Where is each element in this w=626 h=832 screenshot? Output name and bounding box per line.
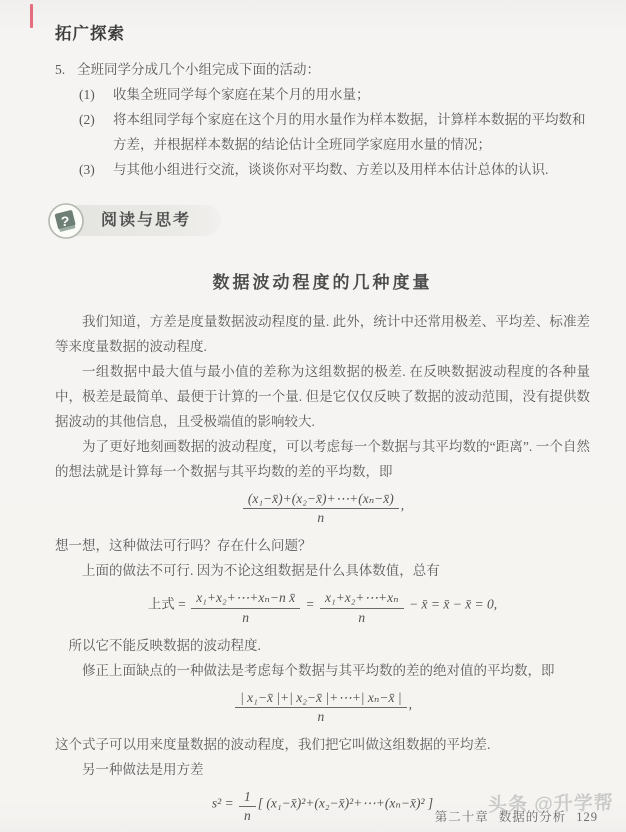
fraction: x₁+x₂+⋯+xₙ−n x̄n	[189, 590, 302, 625]
paragraph-question: 想一想，这种做法可行吗？存在什么问题？	[55, 533, 590, 558]
red-margin-mark	[30, 4, 33, 28]
paragraph: 所以它不能反映数据的波动程度.	[55, 633, 590, 658]
book-question-icon: ?	[47, 202, 85, 240]
footer-page-number: 129	[576, 810, 598, 824]
list-item: (1) 收集全班同学每个家庭在某个月的用水量；	[79, 82, 590, 107]
list-item-label: (3)	[79, 157, 113, 182]
exercise-intro: 全班同学分成几个小组完成下面的活动：	[77, 57, 320, 82]
footer-section: 数据的分析	[499, 810, 567, 824]
fraction: (x₁−x̄)+(x₂−x̄)+⋯+(xₙ−x̄)n	[241, 491, 401, 526]
section-heading: 拓广探索	[55, 20, 590, 44]
paragraph: 修正上面缺点的一种做法是考虑每个数据与其平均数的差的绝对值的平均数，即	[55, 658, 590, 683]
paragraph: 为了更好地刻画数据的波动程度，可以考虑每一个数据与其平均数的“距离”. 一个自然…	[55, 434, 590, 484]
page-content: 拓广探索 5. 全班同学分成几个小组完成下面的活动： (1) 收集全班同学每个家…	[0, 0, 626, 825]
exercise-block: 5. 全班同学分成几个小组完成下面的活动： (1) 收集全班同学每个家庭在某个月…	[55, 57, 590, 182]
formula-mean-of-deviations: (x₁−x̄)+(x₂−x̄)+⋯+(xₙ−x̄)n,	[55, 491, 590, 526]
formula-mean-absolute-deviation: | x₁−x̄ |+| x₂−x̄ |+⋯+| xₙ−x̄ |n,	[55, 690, 590, 725]
paragraph: 我们知道，方差是度量数据波动程度的量. 此外，统计中还常用极差、平均差、标准差等…	[55, 309, 590, 359]
list-item-label: (1)	[79, 82, 113, 107]
list-item-text: 收集全班同学每个家庭在某个月的用水量；	[113, 82, 590, 107]
reading-think-badge: 阅读与思考 ?	[55, 202, 590, 240]
paragraph: 一组数据中最大值与最小值的差称为这组数据的极差. 在反映数据波动程度的各种量中，…	[55, 359, 590, 434]
article-title: 数据波动程度的几种度量	[55, 268, 590, 293]
page-footer: 第二十章数据的分析129	[435, 807, 598, 825]
list-item-text: 将本组同学每个家庭在这个月的用水量作为样本数据，计算样本数据的平均数和方差，并根…	[113, 107, 590, 157]
formula-sum-equals-zero: 上式 = x₁+x₂+⋯+xₙ−n x̄n = x₁+x₂+⋯+xₙn − x̄…	[55, 590, 590, 625]
paragraph: 另一种做法是用方差	[55, 757, 590, 782]
svg-text:?: ?	[61, 213, 70, 229]
exercise-subitems: (1) 收集全班同学每个家庭在某个月的用水量； (2) 将本组同学每个家庭在这个…	[55, 82, 590, 182]
list-item-label: (2)	[79, 107, 113, 157]
paragraph: 上面的做法不可行. 因为不论这组数据是什么具体数值，总有	[55, 558, 590, 583]
exercise-item-5: 5. 全班同学分成几个小组完成下面的活动：	[55, 57, 590, 82]
exercise-number: 5.	[55, 57, 77, 82]
list-item: (3) 与其他小组进行交流，谈谈你对平均数、方差以及用样本估计总体的认识.	[79, 157, 590, 182]
fraction: | x₁−x̄ |+| x₂−x̄ |+⋯+| xₙ−x̄ |n	[233, 690, 409, 725]
list-item-text: 与其他小组进行交流，谈谈你对平均数、方差以及用样本估计总体的认识.	[113, 157, 590, 182]
paragraph: 这个式子可以用来度量数据的波动程度，我们把它叫做这组数据的平均差.	[55, 732, 590, 757]
list-item: (2) 将本组同学每个家庭在这个月的用水量作为样本数据，计算样本数据的平均数和方…	[79, 107, 590, 157]
fraction: x₁+x₂+⋯+xₙn	[318, 590, 406, 625]
footer-chapter: 第二十章	[435, 810, 489, 824]
textbook-page: 拓广探索 5. 全班同学分成几个小组完成下面的活动： (1) 收集全班同学每个家…	[0, 0, 626, 832]
fraction: 1n	[237, 789, 258, 824]
